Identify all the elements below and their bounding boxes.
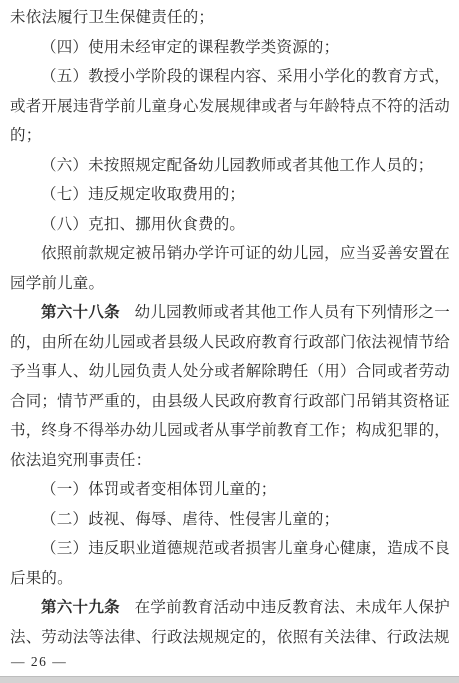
article-68-paragraph: 第六十八条幼儿园教师或者其他工作人员有下列情形之一的，由所在幼儿园或者县级人民政… [10, 298, 450, 475]
article-68-number: 第六十八条 [41, 304, 120, 321]
article-69-paragraph: 第六十九条在学前教育活动中违反教育法、未成年人保护法、劳动法等法律、行政法规规定… [10, 593, 450, 652]
page-number: — 26 — [11, 654, 67, 670]
paragraph-closure-provision: 依照前款规定被吊销办学许可证的幼儿园，应当妥善安置在园学前儿童。 [10, 239, 450, 298]
page-bottom-edge [0, 676, 459, 683]
clause-item-8: （八）克扣、挪用伙食费的。 [10, 210, 450, 240]
article-69-number: 第六十九条 [41, 599, 120, 616]
clause-item-7: （七）违反规定收取费用的； [10, 180, 450, 210]
clause-item-2: （二）歧视、侮辱、虐待、性侵害儿童的； [10, 505, 450, 535]
clause-item-3: （三）违反职业道德规范或者损害儿童身心健康，造成不良后果的。 [10, 534, 450, 593]
article-68-text: 幼儿园教师或者其他工作人员有下列情形之一的，由所在幼儿园或者县级人民政府教育行政… [10, 304, 450, 469]
clause-item-1: （一）体罚或者变相体罚儿童的； [10, 475, 450, 505]
paragraph-continuation: 未依法履行卫生保健责任的； [10, 3, 450, 33]
clause-item-5: （五）教授小学阶段的课程内容、采用小学化的教育方式，或者开展违背学前儿童身心发展… [10, 62, 450, 151]
clause-item-6: （六）未按照规定配备幼儿园教师或者其他工作人员的； [10, 151, 450, 181]
clause-item-4: （四）使用未经审定的课程教学类资源的； [10, 33, 450, 63]
page-content: 未依法履行卫生保健责任的； （四）使用未经审定的课程教学类资源的； （五）教授小… [10, 3, 450, 652]
document-page: 未依法履行卫生保健责任的； （四）使用未经审定的课程教学类资源的； （五）教授小… [0, 0, 459, 683]
